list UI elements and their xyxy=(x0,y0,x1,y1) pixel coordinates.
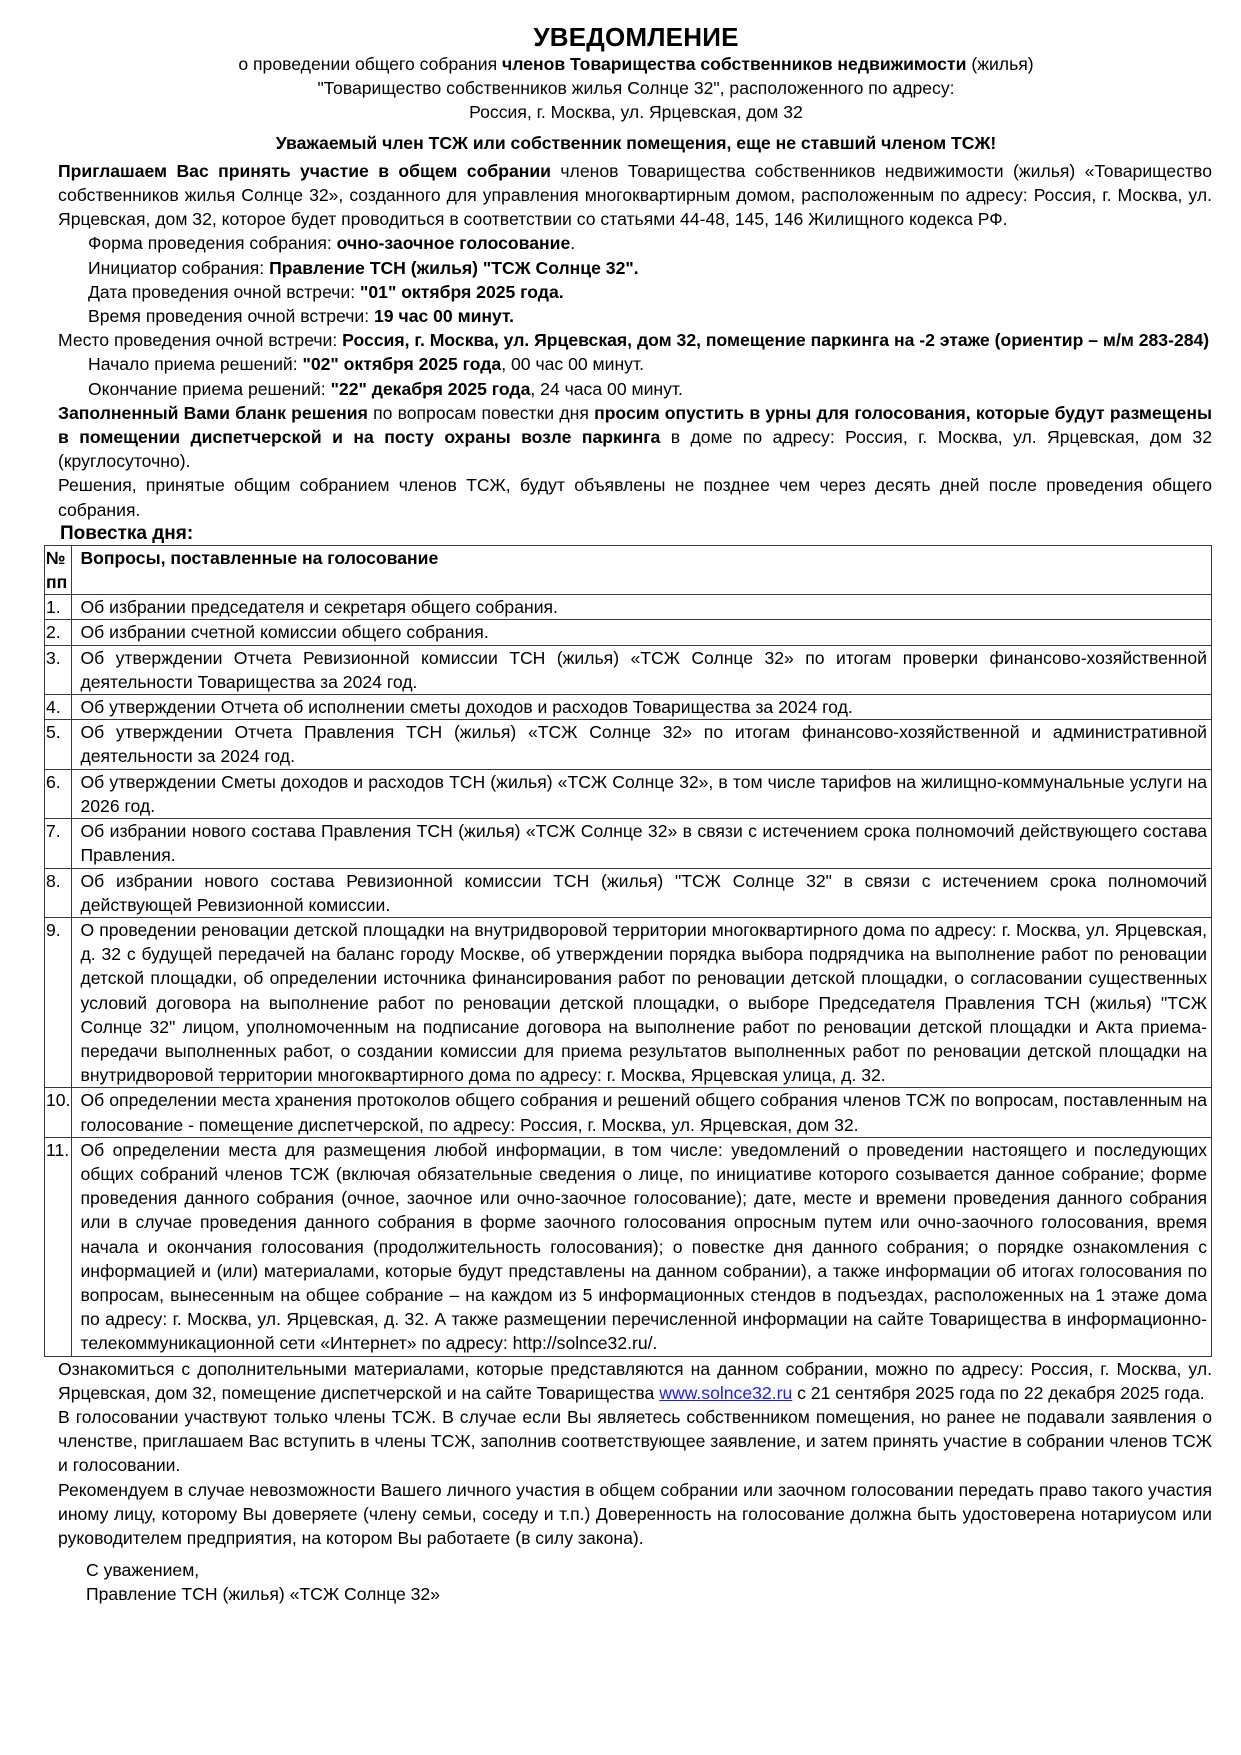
meeting-form: Форма проведения собрания: очно-заочное … xyxy=(60,231,1212,255)
initiator-label: Инициатор собрания: xyxy=(88,258,269,278)
agenda-row: 9.О проведении реновации детской площадк… xyxy=(45,917,1212,1087)
date-value: "01" октября 2025 года. xyxy=(360,282,564,302)
signature-closing: С уважением, xyxy=(86,1558,1212,1582)
subtitle-line-1: о проведении общего собрания членов Това… xyxy=(60,52,1212,76)
subtitle-bold: членов Товарищества собственников недвиж… xyxy=(502,54,966,74)
agenda-table: № пп Вопросы, поставленные на голосовани… xyxy=(44,545,1212,1357)
agenda-item-number: 5. xyxy=(45,720,72,769)
form-tail: . xyxy=(570,233,575,253)
agenda-row: 10.Об определении места хранения протоко… xyxy=(45,1088,1212,1137)
signature-block: С уважением, Правление ТСН (жилья) «ТСЖ … xyxy=(58,1558,1212,1606)
agenda-item-number: 6. xyxy=(45,769,72,818)
agenda-item-number: 2. xyxy=(45,620,72,645)
ballot-text-1: по вопросам повестки дня xyxy=(368,403,594,423)
form-value: очно-заочное голосование xyxy=(337,233,571,253)
place-label: Место проведения очной встречи: xyxy=(58,330,342,350)
agenda-row: 3.Об утверждении Отчета Ревизионной коми… xyxy=(45,645,1212,694)
agenda-item-question: Об определении места хранения протоколов… xyxy=(72,1088,1212,1137)
agenda-item-question: Об утверждении Сметы доходов и расходов … xyxy=(72,769,1212,818)
agenda-item-number: 11. xyxy=(45,1137,72,1356)
notice-document: УВЕДОМЛЕНИЕ о проведении общего собрания… xyxy=(60,22,1212,1607)
end-tail: , 24 часа 00 минут. xyxy=(530,379,683,399)
agenda-item-question: Об избрании нового состава Правления ТСН… xyxy=(72,819,1212,868)
document-title: УВЕДОМЛЕНИЕ xyxy=(60,22,1212,52)
start-label: Начало приема решений: xyxy=(88,354,303,374)
start-tail: , 00 час 00 минут. xyxy=(501,354,644,374)
date-label: Дата проведения очной встречи: xyxy=(88,282,360,302)
agenda-row: 5.Об утверждении Отчета Правления ТСН (ж… xyxy=(45,720,1212,769)
agenda-heading: Повестка дня: xyxy=(60,523,1212,545)
agenda-item-number: 7. xyxy=(45,819,72,868)
subtitle-tail: (жилья) xyxy=(966,54,1033,74)
decisions-start: Начало приема решений: "02" октября 2025… xyxy=(60,352,1212,376)
agenda-item-number: 3. xyxy=(45,645,72,694)
proxy-note: Рекомендуем в случае невозможности Вашег… xyxy=(58,1478,1212,1551)
end-label: Окончание приема решений: xyxy=(88,379,331,399)
agenda-item-question: Об избрании нового состава Ревизионной к… xyxy=(72,868,1212,917)
agenda-item-question: Об избрании председателя и секретаря общ… xyxy=(72,595,1212,620)
agenda-row: 1.Об избрании председателя и секретаря о… xyxy=(45,595,1212,620)
agenda-row: 11.Об определении места для размещения л… xyxy=(45,1137,1212,1356)
agenda-row: 8.Об избрании нового состава Ревизионной… xyxy=(45,868,1212,917)
agenda-item-question: Об определении места для размещения любо… xyxy=(72,1137,1212,1356)
initiator-value: Правление ТСН (жилья) "ТСЖ Солнце 32". xyxy=(269,258,639,278)
after-table-block: Ознакомиться с дополнительными материала… xyxy=(58,1357,1212,1607)
membership-note: В голосовании участвуют только члены ТСЖ… xyxy=(58,1405,1212,1478)
signature-signer: Правление ТСН (жилья) «ТСЖ Солнце 32» xyxy=(86,1582,1212,1606)
ballot-instructions: Заполненный Вами бланк решения по вопрос… xyxy=(58,401,1212,474)
meeting-place: Место проведения очной встречи: Россия, … xyxy=(58,328,1212,352)
subtitle-line-3: Россия, г. Москва, ул. Ярцевская, дом 32 xyxy=(60,100,1212,124)
decisions-end: Окончание приема решений: "22" декабря 2… xyxy=(60,377,1212,401)
column-header-number: № пп xyxy=(45,545,72,594)
form-label: Форма проведения собрания: xyxy=(88,233,337,253)
agenda-item-number: 4. xyxy=(45,695,72,720)
agenda-item-question: Об избрании счетной комиссии общего собр… xyxy=(72,620,1212,645)
agenda-row: 6.Об утверждении Сметы доходов и расходо… xyxy=(45,769,1212,818)
end-value: "22" декабря 2025 года xyxy=(331,379,531,399)
ballot-bold-1: Заполненный Вами бланк решения xyxy=(58,403,368,423)
meeting-date: Дата проведения очной встречи: "01" октя… xyxy=(60,280,1212,304)
intro-bold: Приглашаем Вас принять участие в общем с… xyxy=(58,161,551,181)
decisions-note: Решения, принятые общим собранием членов… xyxy=(58,473,1212,521)
start-value: "02" октября 2025 года xyxy=(303,354,502,374)
agenda-item-number: 10. xyxy=(45,1088,72,1137)
materials-dates: с 21 сентября 2025 года по 22 декабря 20… xyxy=(792,1383,1204,1403)
agenda-header-row: № пп Вопросы, поставленные на голосовани… xyxy=(45,545,1212,594)
agenda-item-number: 1. xyxy=(45,595,72,620)
intro-paragraph: Приглашаем Вас принять участие в общем с… xyxy=(58,159,1212,232)
agenda-item-question: Об утверждении Отчета об исполнении смет… xyxy=(72,695,1212,720)
agenda-row: 7.Об избрании нового состава Правления Т… xyxy=(45,819,1212,868)
agenda-item-number: 8. xyxy=(45,868,72,917)
agenda-item-number: 9. xyxy=(45,917,72,1087)
agenda-item-question: Об утверждении Отчета Правления ТСН (жил… xyxy=(72,720,1212,769)
website-link[interactable]: www.solnce32.ru xyxy=(659,1383,792,1403)
agenda-row: 2.Об избрании счетной комиссии общего со… xyxy=(45,620,1212,645)
agenda-item-question: Об утверждении Отчета Ревизионной комисс… xyxy=(72,645,1212,694)
time-label: Время проведения очной встречи: xyxy=(88,306,374,326)
meeting-initiator: Инициатор собрания: Правление ТСН (жилья… xyxy=(60,256,1212,280)
subtitle-line-2: "Товарищество собственников жилья Солнце… xyxy=(60,76,1212,100)
greeting: Уважаемый член ТСЖ или собственник помещ… xyxy=(60,131,1212,155)
subtitle-text: о проведении общего собрания xyxy=(238,54,502,74)
column-header-question: Вопросы, поставленные на голосование xyxy=(72,545,1212,594)
agenda-row: 4.Об утверждении Отчета об исполнении см… xyxy=(45,695,1212,720)
place-value: Россия, г. Москва, ул. Ярцевская, дом 32… xyxy=(342,330,1209,350)
agenda-item-question: О проведении реновации детской площадки … xyxy=(72,917,1212,1087)
materials-paragraph: Ознакомиться с дополнительными материала… xyxy=(58,1357,1212,1405)
time-value: 19 час 00 минут. xyxy=(374,306,514,326)
meeting-time: Время проведения очной встречи: 19 час 0… xyxy=(60,304,1212,328)
